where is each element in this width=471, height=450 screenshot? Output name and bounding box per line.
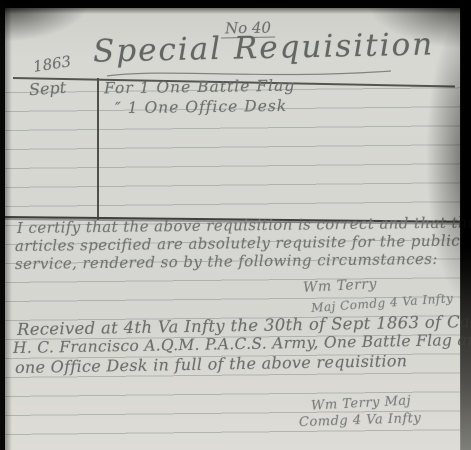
page-title: Special Requisition <box>93 26 435 69</box>
entry-date-year: 1863 <box>32 52 73 76</box>
date-column-divider <box>97 78 99 220</box>
scan-blotch <box>250 0 296 8</box>
entry-date-month: Sept <box>28 78 66 100</box>
ledger-paper: No 40 Special Requisition 1863 Sept For … <box>5 8 461 450</box>
requisition-item: ″ 1 One Office Desk <box>115 97 287 117</box>
requisition-item: For 1 One Battle Flag <box>104 77 295 98</box>
scanned-ledger-photo: No 40 Special Requisition 1863 Sept For … <box>0 0 471 450</box>
scan-blotch <box>420 0 450 7</box>
